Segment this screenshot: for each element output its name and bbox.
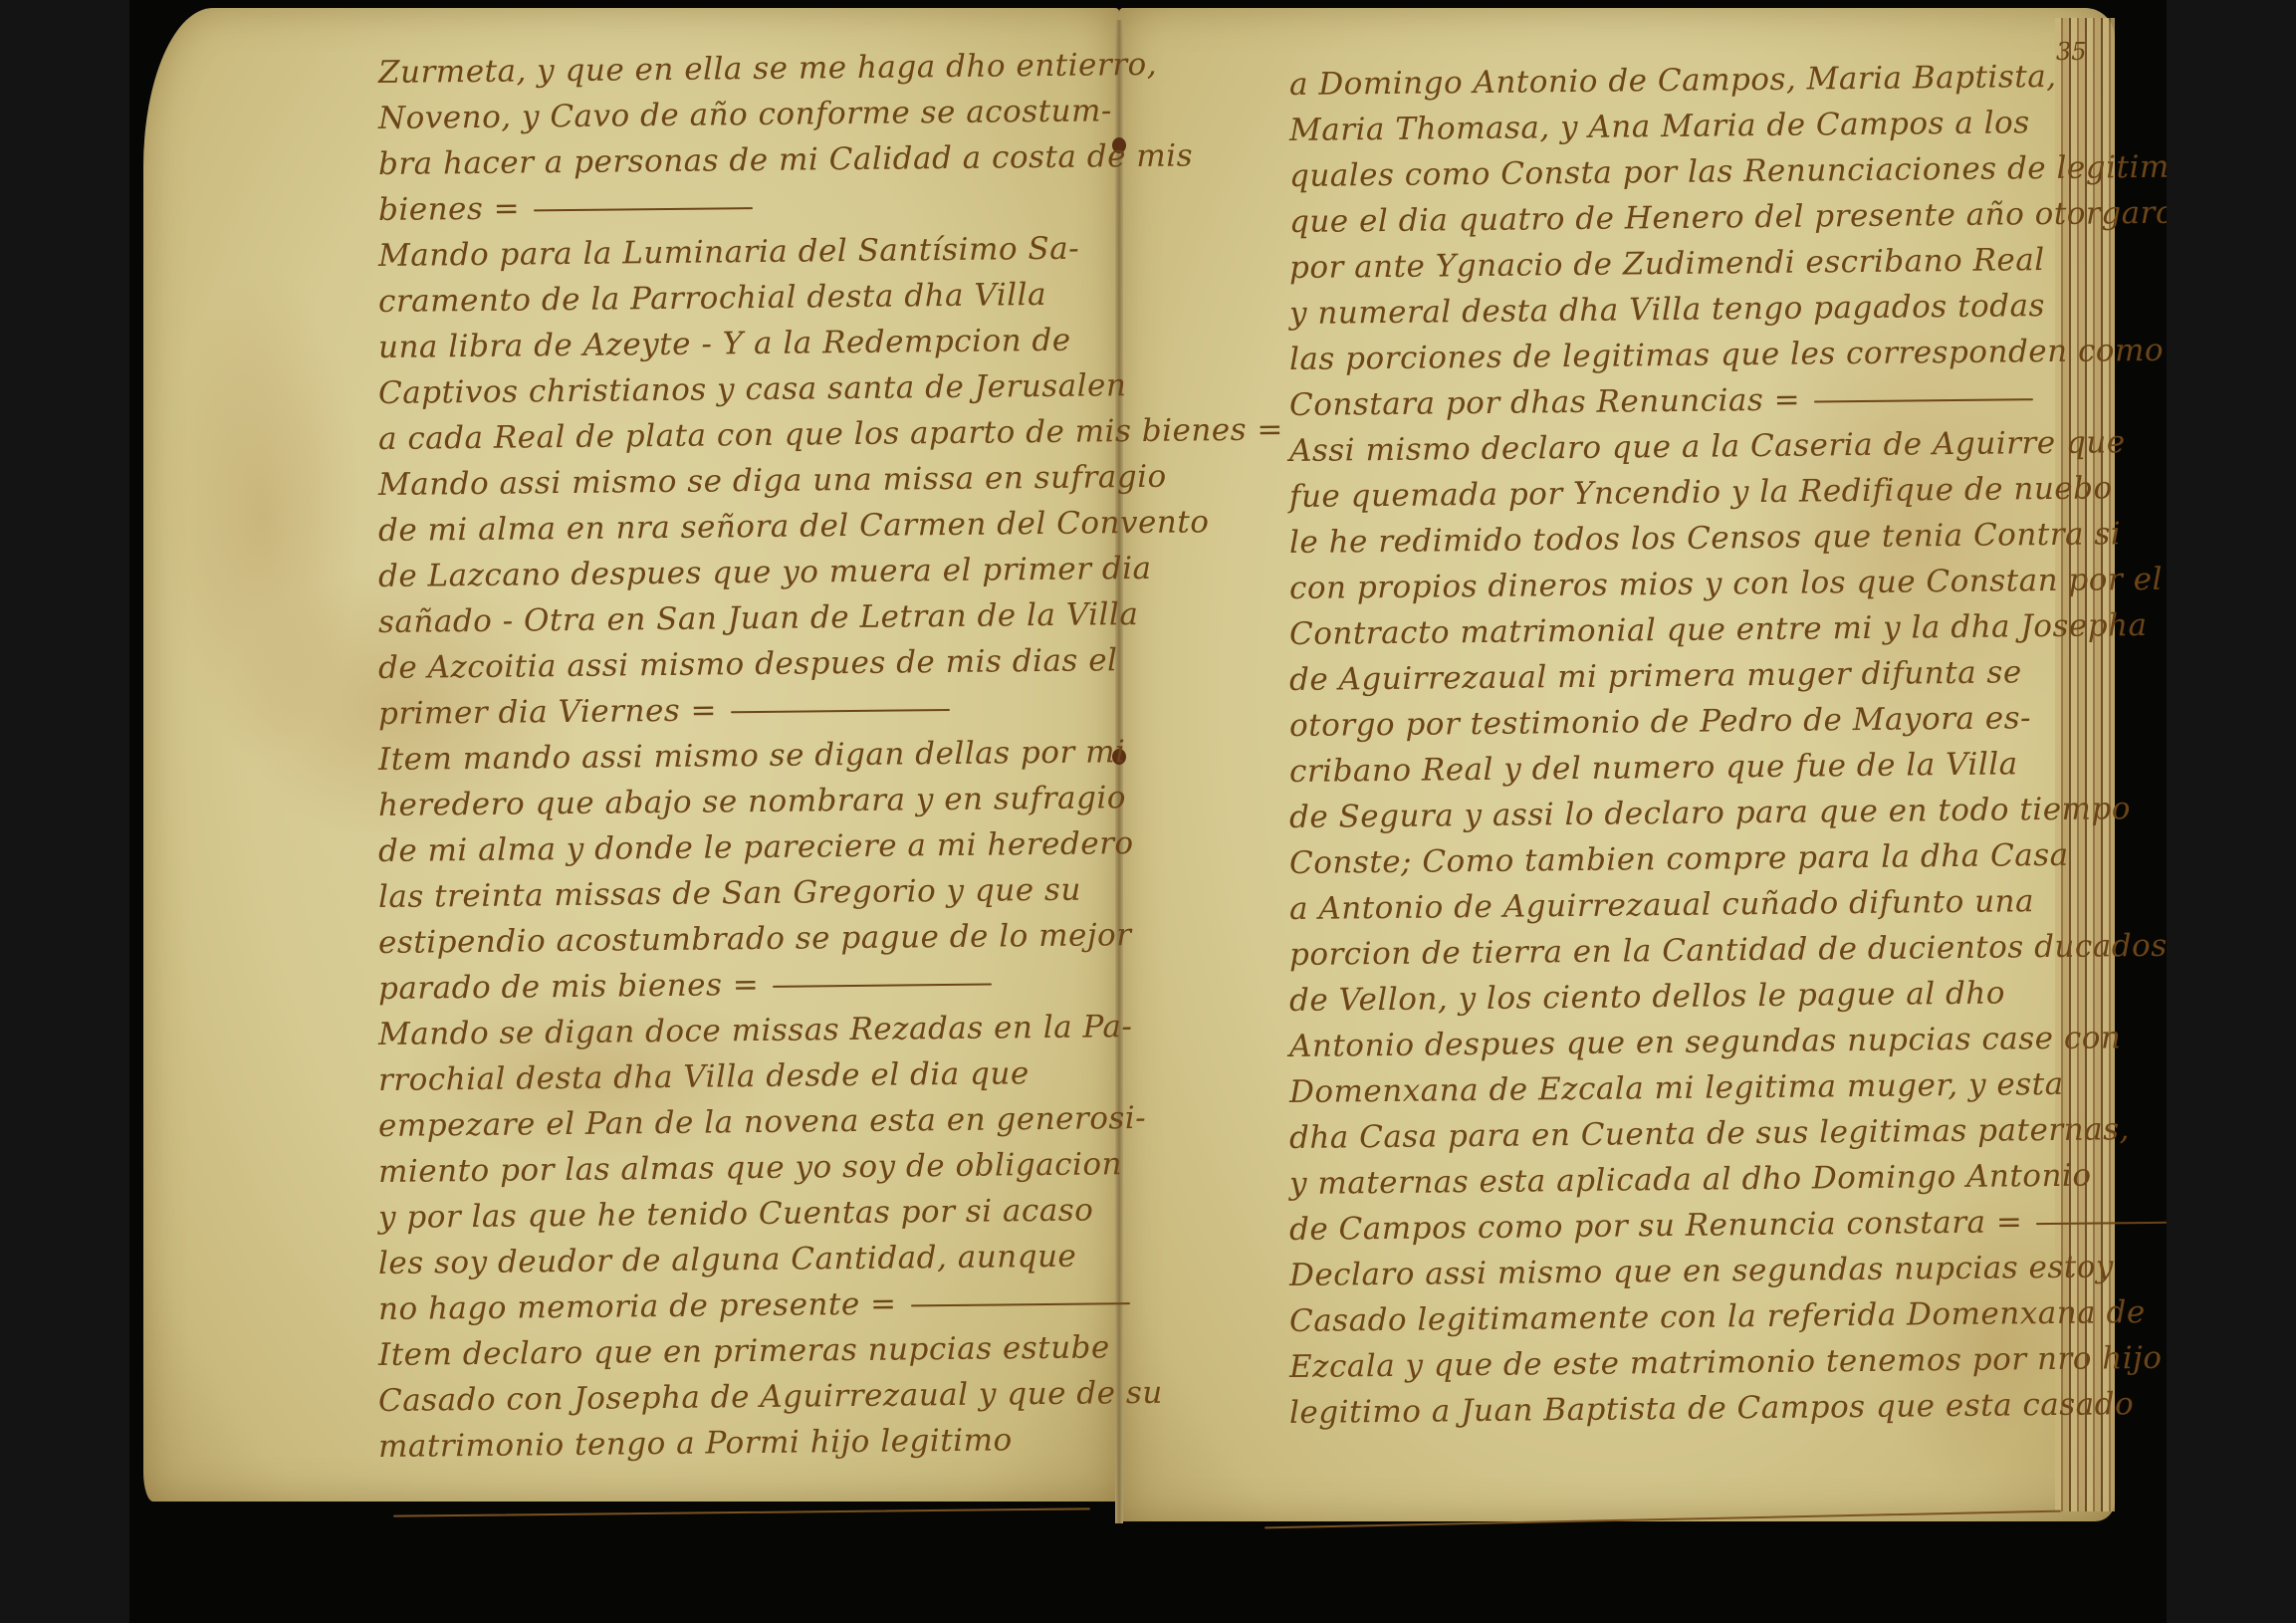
manuscript-line: cramento de la Parrochial desta dha Vill… <box>378 271 1095 325</box>
manuscript-line: parado de mis bienes = <box>378 958 1095 1012</box>
manuscript-line: Casado con Josepha de Aguirrezaual y que… <box>378 1370 1095 1424</box>
manuscript-line: de Aguirrezaual mi primera muger difunta… <box>1289 649 2066 703</box>
manuscript-line: con propios dineros mios y con los que C… <box>1289 558 2066 611</box>
manuscript-line: Captivos christianos y casa santa de Jer… <box>378 362 1095 416</box>
manuscript-line: legitimo a Juan Baptista de Campos que e… <box>1289 1382 2066 1436</box>
manuscript-line: Zurmeta, y que en ella se me haga dho en… <box>378 42 1095 96</box>
manuscript-line: a cada Real de plata con que los aparto … <box>378 408 1095 462</box>
manuscript-line: Contracto matrimonial que entre mi y la … <box>1289 603 2066 657</box>
manuscript-line: Constara por dhas Renuncias = <box>1289 374 2066 428</box>
manuscript-line: y maternas esta aplicada al dho Domingo … <box>1289 1153 2066 1207</box>
manuscript-line: Mando para la Luminaria del Santísimo Sa… <box>378 225 1095 279</box>
manuscript-line: Assi mismo declaro que a la Caseria de A… <box>1289 420 2066 474</box>
manuscript-line: bienes = <box>378 179 1095 233</box>
manuscript-line: Ezcala y que de este matrimonio tenemos … <box>1289 1336 2066 1390</box>
manuscript-line: Mando se digan doce missas Rezadas en la… <box>378 1004 1095 1057</box>
manuscript-line: Mando assi mismo se diga una missa en su… <box>378 454 1095 508</box>
manuscript-line: bra hacer a personas de mi Calidad a cos… <box>378 133 1095 187</box>
manuscript-line: sañado - Otra en San Juan de Letran de l… <box>378 591 1095 645</box>
manuscript-line: de Vellon, y los ciento dellos le pague … <box>1289 970 2066 1024</box>
manuscript-line: de mi alma y donde le pareciere a mi her… <box>378 820 1095 874</box>
manuscript-line: no hago memoria de presente = <box>378 1278 1095 1332</box>
manuscript-line: que el dia quatro de Henero del presente… <box>1289 191 2066 245</box>
manuscript-line: rrochial desta dha Villa desde el dia qu… <box>378 1049 1095 1103</box>
closing-rule <box>393 1507 1090 1516</box>
manuscript-line: de Campos como por su Renuncia constara … <box>1289 1199 2066 1253</box>
right-page-text: a Domingo Antonio de Campos, Maria Bapti… <box>1289 62 2066 1436</box>
manuscript-line: de mi alma en nra señora del Carmen del … <box>378 500 1095 554</box>
manuscript-line: heredero que abajo se nombrara y en sufr… <box>378 775 1095 828</box>
manuscript-line: Declaro assi mismo que en segundas nupci… <box>1289 1245 2066 1298</box>
image-viewer: 35 Zurmeta, y que en ella se me haga dho… <box>0 0 2296 1623</box>
manuscript-line: les soy deudor de alguna Cantidad, aunqu… <box>378 1233 1095 1286</box>
manuscript-line: Maria Thomasa, y Ana Maria de Campos a l… <box>1289 100 2066 153</box>
left-page-text: Zurmeta, y que en ella se me haga dho en… <box>378 50 1095 1470</box>
manuscript-line: Conste; Como tambien compre para la dha … <box>1289 832 2066 886</box>
book-spine-fold <box>1115 20 1123 1523</box>
manuscript-line: y numeral desta dha Villa tengo pagados … <box>1289 283 2066 337</box>
manuscript-line: fue quemada por Yncendio y la Redifique … <box>1289 466 2066 520</box>
manuscript-line: a Domingo Antonio de Campos, Maria Bapti… <box>1289 54 2066 108</box>
manuscript-line: de Azcoitia assi mismo despues de mis di… <box>378 637 1095 691</box>
manuscript-line: las porciones de legitimas que les corre… <box>1289 329 2066 382</box>
manuscript-line: Noveno, y Cavo de año conforme se acostu… <box>378 88 1095 141</box>
manuscript-line: las treinta missas de San Gregorio y que… <box>378 866 1095 920</box>
manuscript-line: una libra de Azeyte - Y a la Redempcion … <box>378 317 1095 370</box>
manuscript-line: otorgo por testimonio de Pedro de Mayora… <box>1289 695 2066 749</box>
manuscript-line: dha Casa para en Cuenta de sus legitimas… <box>1289 1107 2066 1161</box>
manuscript-line: de Segura y assi lo declaro para que en … <box>1289 787 2066 840</box>
manuscript-line: le he redimido todos los Censos que teni… <box>1289 512 2066 566</box>
manuscript-line: Item mando assi mismo se digan dellas po… <box>378 729 1095 783</box>
manuscript-line: quales como Consta por las Renunciacione… <box>1289 145 2066 199</box>
manuscript-line: primer dia Viernes = <box>378 683 1095 737</box>
manuscript-line: empezare el Pan de la novena esta en gen… <box>378 1095 1095 1149</box>
manuscript-line: cribano Real y del numero que fue de la … <box>1289 741 2066 795</box>
manuscript-line: miento por las almas que yo soy de oblig… <box>378 1141 1095 1195</box>
manuscript-line: matrimonio tengo a Pormi hijo legitimo <box>378 1416 1095 1470</box>
manuscript-line: por ante Ygnacio de Zudimendi escribano … <box>1289 237 2066 291</box>
manuscript-line: Casado legitimamente con la referida Dom… <box>1289 1290 2066 1344</box>
manuscript-line: de Lazcano despues que yo muera el prime… <box>378 546 1095 599</box>
manuscript-line: y por las que he tenido Cuentas por si a… <box>378 1187 1095 1241</box>
manuscript-line: porcion de tierra en la Cantidad de duci… <box>1289 924 2066 978</box>
manuscript-line: a Antonio de Aguirrezaual cuñado difunto… <box>1289 878 2066 932</box>
manuscript-line: Item declaro que en primeras nupcias est… <box>378 1324 1095 1378</box>
manuscript-line: Domenxana de Ezcala mi legitima muger, y… <box>1289 1061 2066 1115</box>
manuscript-scan: 35 Zurmeta, y que en ella se me haga dho… <box>129 0 2167 1623</box>
manuscript-line: Antonio despues que en segundas nupcias … <box>1289 1016 2066 1069</box>
water-stain <box>163 267 362 765</box>
manuscript-line: estipendio acostumbrado se pague de lo m… <box>378 912 1095 966</box>
